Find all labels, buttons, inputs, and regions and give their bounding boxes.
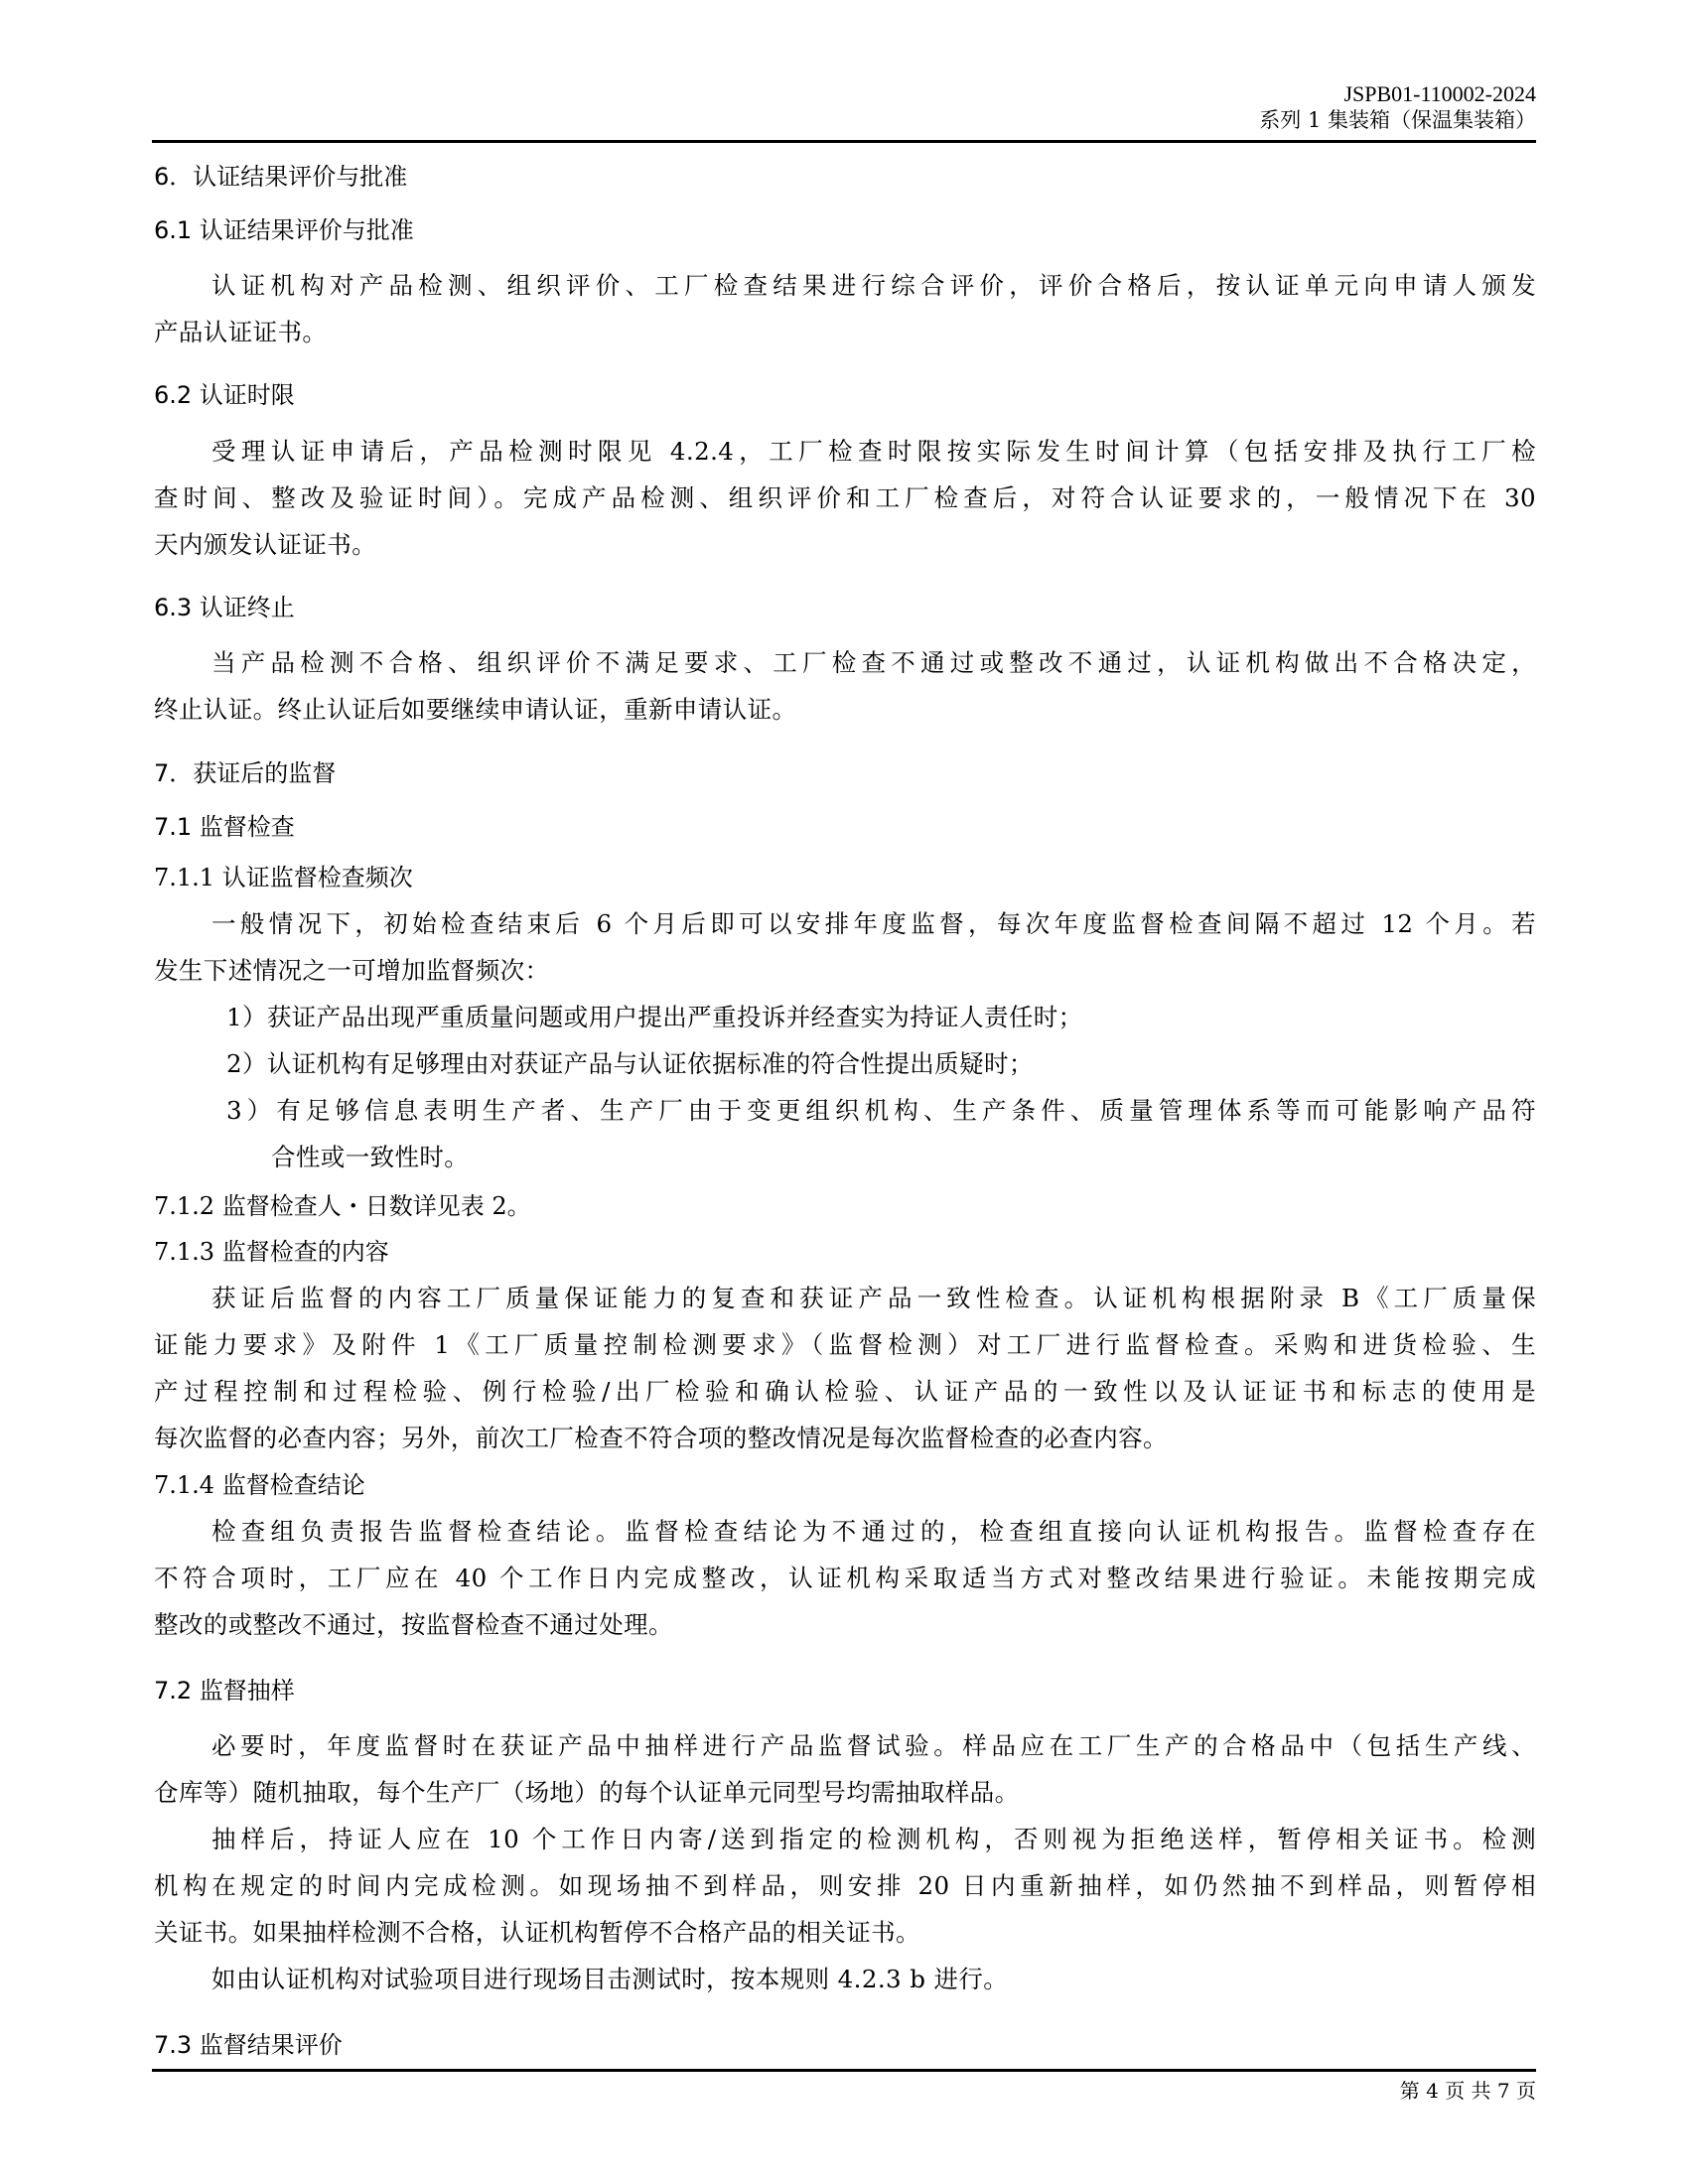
section-heading-7-2: 7.2 监督抽样 <box>154 1676 295 1706</box>
section-heading-6: 6．认证结果评价与批准 <box>154 162 407 192</box>
paragraph-line: 检查组负责报告监督检查结论。监督检查结论为不通过的，检查组直接向认证机构报告。监… <box>211 1517 1536 1547</box>
section-heading-6-2: 6.2 认证时限 <box>154 380 295 410</box>
paragraph-line: 终止认证。终止认证后如要继续申请认证，重新申请认证。 <box>154 695 796 725</box>
footer-rule <box>152 2069 1536 2072</box>
page-number: 第 4 页 共 7 页 <box>1400 2078 1536 2104</box>
section-heading-7: 7．获证后的监督 <box>154 758 336 788</box>
section-heading-7-1-2: 7.1.2 监督检查人・日数详见表 2。 <box>154 1191 531 1221</box>
paragraph-line: 当产品检测不合格、组织评价不满足要求、工厂检查不通过或整改不通过，认证机构做出不… <box>211 648 1536 678</box>
paragraph-line: 认证机构对产品检测、组织评价、工厂检查结果进行综合评价，评价合格后，按认证单元向… <box>211 271 1536 301</box>
header-document-title: 系列 1 集装箱（保温集装箱） <box>1259 107 1536 133</box>
paragraph-line: 关证书。如果抽样检测不合格，认证机构暂停不合格产品的相关证书。 <box>154 1918 920 1948</box>
paragraph-line: 整改的或整改不通过，按监督检查不通过处理。 <box>154 1610 673 1640</box>
paragraph-line: 查时间、整改及验证时间）。完成产品检测、组织评价和工厂检查后，对符合认证要求的，… <box>154 483 1536 513</box>
paragraph-line: 受理认证申请后，产品检测时限见 4.2.4，工厂检查时限按实际发生时间计算（包括… <box>211 437 1536 467</box>
paragraph-line: 不符合项时，工厂应在 40 个工作日内完成整改，认证机构采取适当方式对整改结果进… <box>154 1564 1536 1593</box>
list-item-3: 3）有足够信息表明生产者、生产厂由于变更组织机构、生产条件、质量管理体系等而可能… <box>226 1096 1536 1126</box>
paragraph-line: 获证后监督的内容工厂质量保证能力的复查和获证产品一致性检查。认证机构根据附录 B… <box>211 1284 1536 1313</box>
paragraph-line: 产品认证证书。 <box>154 318 327 347</box>
section-heading-7-1-3: 7.1.3 监督检查的内容 <box>154 1237 389 1267</box>
header-rule <box>152 140 1536 143</box>
paragraph-line: 每次监督的必查内容；另外，前次工厂检查不符合项的整改情况是每次监督检查的必查内容… <box>154 1424 1168 1453</box>
header-document-code: JSPB01-110002-2024 <box>1343 81 1536 107</box>
section-heading-6-3: 6.3 认证终止 <box>154 593 295 622</box>
list-item-3-continuation: 合性或一致性时。 <box>271 1143 469 1172</box>
section-heading-7-1: 7.1 监督检查 <box>154 812 295 842</box>
paragraph-line: 发生下述情况之一可增加监督频次： <box>154 956 549 986</box>
paragraph-line: 如由认证机构对试验项目进行现场目击测试时，按本规则 4.2.3 b 进行。 <box>211 1965 1008 1994</box>
paragraph-line: 产过程控制和过程检验、例行检验/出厂检验和确认检验、认证产品的一致性以及认证证书… <box>154 1377 1536 1407</box>
paragraph-line: 机构在规定的时间内完成检测。如现场抽不到样品，则安排 20 日内重新抽样，如仍然… <box>154 1871 1536 1901</box>
section-heading-6-1: 6.1 认证结果评价与批准 <box>154 215 414 245</box>
paragraph-line: 必要时，年度监督时在获证产品中抽样进行产品监督试验。样品应在工厂生产的合格品中（… <box>211 1731 1536 1761</box>
section-heading-7-1-4: 7.1.4 监督检查结论 <box>154 1470 365 1500</box>
paragraph-line: 证能力要求》及附件 1《工厂质量控制检测要求》（监督检测）对工厂进行监督检查。采… <box>154 1330 1536 1360</box>
paragraph-line: 天内颁发认证证书。 <box>154 530 376 560</box>
section-heading-7-1-1: 7.1.1 认证监督检查频次 <box>154 863 413 892</box>
list-item-1: 1）获证产品出现严重质量问题或用户提出严重投诉并经查实为持证人责任时； <box>226 1003 1083 1032</box>
document-page: JSPB01-110002-2024 系列 1 集装箱（保温集装箱） 6．认证结… <box>0 0 1688 2184</box>
paragraph-line: 仓库等）随机抽取，每个生产厂（场地）的每个认证单元同型号均需抽取样品。 <box>154 1778 1020 1808</box>
paragraph-line: 一般情况下，初始检查结束后 6 个月后即可以安排年度监督，每次年度监督检查间隔不… <box>211 909 1536 939</box>
section-heading-7-3: 7.3 监督结果评价 <box>154 2030 343 2060</box>
list-item-2: 2）认证机构有足够理由对获证产品与认证依据标准的符合性提出质疑时； <box>226 1049 1034 1079</box>
paragraph-line: 抽样后，持证人应在 10 个工作日内寄/送到指定的检测机构，否则视为拒绝送样，暂… <box>211 1825 1536 1854</box>
